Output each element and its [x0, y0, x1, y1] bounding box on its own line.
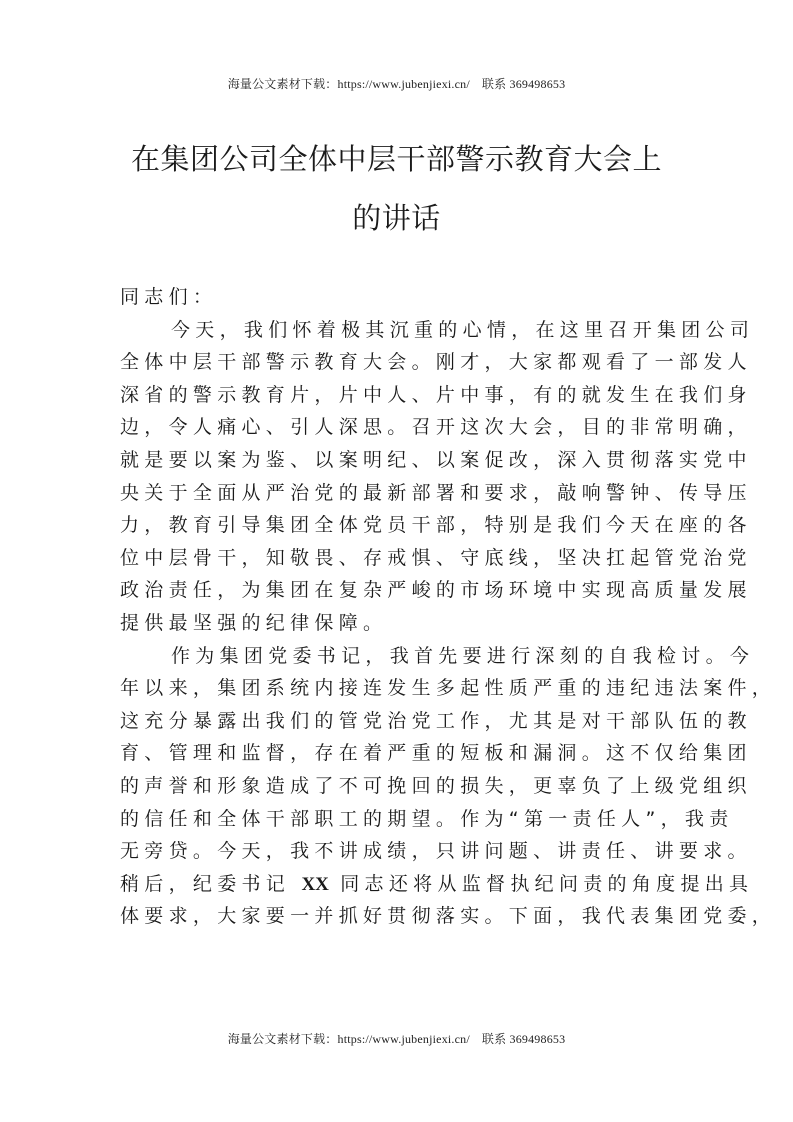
paragraph-line: 体要求，大家要一并抓好贯彻落实。下面，我代表集团党委， — [120, 900, 673, 933]
salutation: 同志们： — [120, 281, 673, 314]
line-text-before: 稍后，纪委书记 — [120, 873, 290, 895]
header-contact: 联系 369498653 — [482, 77, 565, 91]
paragraph-line: 无旁贷。今天，我不讲成绩，只讲问题、讲责任、讲要求。 — [120, 835, 673, 868]
paragraph-line: 今天，我们怀着极其沉重的心情，在这里召开集团公司 — [120, 314, 673, 347]
paragraph-line: 育、管理和监督，存在着严重的短板和漏洞。这不仅给集团 — [120, 737, 673, 770]
paragraph-line: 力，教育引导集团全体党员干部，特别是我们今天在座的各 — [120, 509, 673, 542]
paragraph-line: 作为集团党委书记，我首先要进行深刻的自我检讨。今 — [120, 640, 673, 673]
name-placeholder: XX — [301, 874, 328, 895]
paragraph-line: 全体中层干部警示教育大会。刚才，大家都观看了一部发人 — [120, 346, 673, 379]
paragraph-line: 提供最坚强的纪律保障。 — [120, 607, 673, 640]
paragraph-line: 深省的警示教育片，片中人、片中事，有的就发生在我们身 — [120, 379, 673, 412]
paragraph-line: 边，令人痛心、引人深思。召开这次大会，目的非常明确， — [120, 411, 673, 444]
paragraph-line: 的信任和全体干部职工的期望。作为“第一责任人”，我责 — [120, 803, 673, 836]
page-header: 海量公文素材下载：https://www.jubenjiexi.cn/联系 36… — [0, 75, 793, 92]
paragraph-line: 年以来，集团系统内接连发生多起性质严重的违纪违法案件， — [120, 672, 673, 705]
paragraph-line-with-placeholder: 稍后，纪委书记 XX 同志还将从监督执纪问责的角度提出具 — [120, 868, 673, 901]
document-title-line-1: 在集团公司全体中层干部警示教育大会上 — [0, 137, 793, 178]
header-download-label: 海量公文素材下载：https://www.jubenjiexi.cn/ — [228, 77, 470, 91]
document-title-line-2: 的讲话 — [0, 196, 793, 237]
document-body: 同志们： 今天，我们怀着极其沉重的心情，在这里召开集团公司 全体中层干部警示教育… — [120, 281, 673, 933]
paragraph-line: 位中层骨干，知敬畏、存戒惧、守底线，坚决扛起管党治党 — [120, 542, 673, 575]
paragraph-2: 作为集团党委书记，我首先要进行深刻的自我检讨。今 年以来，集团系统内接连发生多起… — [120, 640, 673, 933]
paragraph-line: 这充分暴露出我们的管党治党工作，尤其是对干部队伍的教 — [120, 705, 673, 738]
paragraph-line: 的声誉和形象造成了不可挽回的损失，更辜负了上级党组织 — [120, 770, 673, 803]
line-text-after: 同志还将从监督执纪问责的角度提出具 — [340, 873, 753, 895]
paragraph-line: 就是要以案为鉴、以案明纪、以案促改，深入贯彻落实党中 — [120, 444, 673, 477]
paragraph-line: 央关于全面从严治党的最新部署和要求，敲响警钟、传导压 — [120, 477, 673, 510]
footer-download-label: 海量公文素材下载：https://www.jubenjiexi.cn/ — [228, 1032, 470, 1046]
paragraph-line: 政治责任，为集团在复杂严峻的市场环境中实现高质量发展 — [120, 574, 673, 607]
paragraph-1: 今天，我们怀着极其沉重的心情，在这里召开集团公司 全体中层干部警示教育大会。刚才… — [120, 314, 673, 640]
footer-contact: 联系 369498653 — [482, 1032, 565, 1046]
page-footer: 海量公文素材下载：https://www.jubenjiexi.cn/联系 36… — [0, 1030, 793, 1047]
